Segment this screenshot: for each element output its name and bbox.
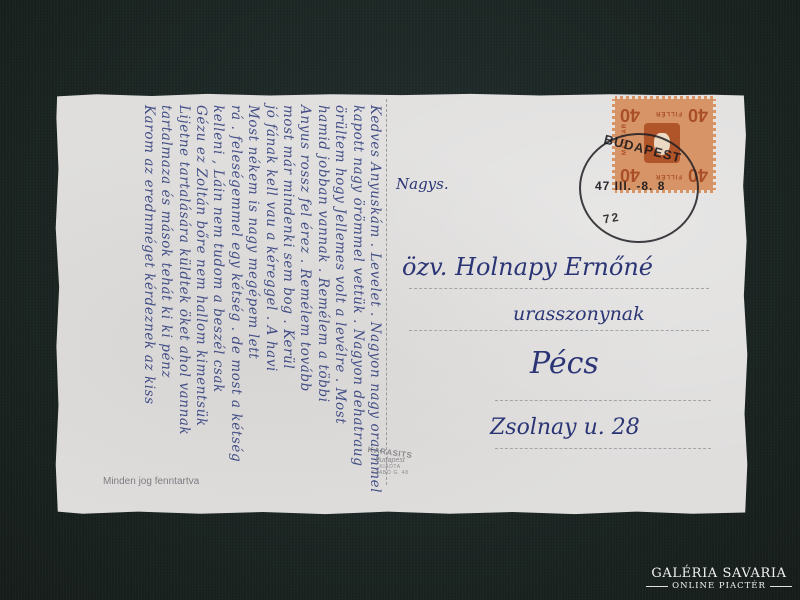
stamp-value-bl: 40 [688,104,708,125]
postmark-code: 72 [602,210,622,227]
letter-line: Anyus rossz fel érez . Remélem tovább [296,97,313,507]
stamp-unit-bottom: FILLÉR [655,110,682,116]
postmark-date: 47 III. -8. 8 [595,179,665,193]
letter-line: Karom az erednméget kérdeznek az kiss [139,97,156,507]
letter-line: jó fának kell vau a kéreggel . A havi [261,97,278,507]
address-street: Zsolnay u. 28 [490,415,640,440]
gallery-watermark: GALÉRIA SAVARIA ONLINE PIACTÉR [646,567,792,592]
watermark-subtitle: ONLINE PIACTÉR [646,581,792,592]
letter-line: hamid jobban vannak . Remélem a többi [313,97,330,507]
address-line-rule-2 [409,330,709,331]
publisher-mark: KARASITS Budapest KIADTA SZABÓ G. 48 [355,448,425,488]
letter-line: Gézu ez Zoltán bőre nem hallom kimentsük [192,97,209,507]
copyright-note: Minden jog fenntartva [103,476,199,487]
letter-line: örültem hogy Jellemes volt a levélre . M… [331,97,348,507]
stamp-value-br: 40 [620,104,640,125]
letter-lines-rotated: Kedves Anyuskám . Levelet . Nagyon nagy … [61,97,383,507]
letter-line: Lijetne tartalására küldtek öket ahol va… [174,97,191,507]
letter-line: rá . feleségemmel egy kétség . de most a… [226,97,243,507]
letter-line: most már mindenki sem bog . Kerül [279,97,296,507]
postcard-divider [386,99,387,485]
address-line-rule-1 [409,288,709,289]
address-line-rule-3 [495,400,711,401]
letter-line: tartalmaza és mások tehát ki ki pénz [157,97,174,507]
publisher-line2: SZABÓ G. 48 [355,470,425,476]
letter-line: Most nékem is nagy megépem lett [244,97,261,507]
address-name: özv. Holnapy Ernőné [402,253,653,281]
address-city: Pécs [530,346,599,381]
postcard: Kedves Anyuskám . Levelet . Nagyon nagy … [55,93,748,515]
postmark: BUDAPEST 47 III. -8. 8 72 [579,133,699,243]
address-salutation: Nagys. [396,175,449,193]
address-title: urasszonynak [513,303,645,325]
watermark-title: GALÉRIA SAVARIA [646,567,792,581]
handwritten-letter: Kedves Anyuskám . Levelet . Nagyon nagy … [61,97,383,507]
letter-line: kelleni , Láin nem tudom a beszél csak [209,97,226,507]
address-line-rule-4 [495,448,711,449]
